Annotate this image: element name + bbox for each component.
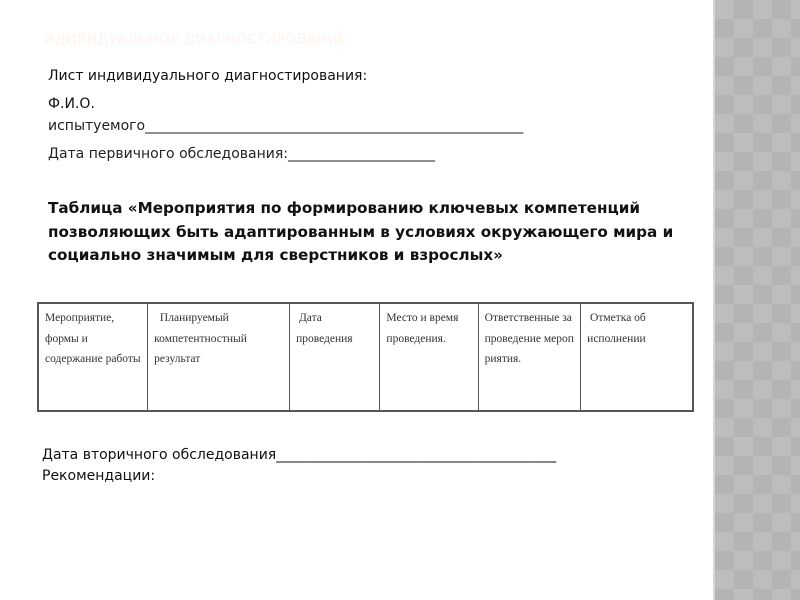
fio-field: испытуемого_____________________________… — [48, 118, 523, 134]
slide-content: ИДИВИДУАЛЬНОЕ ДИАГНОСТИРОВАНИЕ: Лист инд… — [0, 0, 713, 600]
table-title: Таблица «Мероприятия по формированию клю… — [48, 197, 678, 268]
table-header-cell: Планируемый компетентностный результат — [148, 303, 290, 411]
table-header-cell: Дата проведения — [290, 303, 380, 411]
table-header-cell: Место и время проведения. — [380, 303, 478, 411]
recommendations-label: Рекомендации: — [42, 468, 155, 484]
slide-heading: ИДИВИДУАЛЬНОЕ ДИАГНОСТИРОВАНИЕ: — [44, 32, 352, 48]
first-exam-date-field: Дата первичного обследования:___________… — [48, 146, 435, 162]
fio-label: Ф.И.О. — [48, 96, 95, 112]
activities-table: Мероприятие, формы и содержание работы П… — [37, 302, 694, 412]
second-exam-date-field: Дата вторичного обследования____________… — [42, 447, 556, 463]
sheet-title: Лист индивидуального диагностирования: — [48, 68, 367, 84]
table-header-cell: Отметка об исполнении — [581, 303, 693, 411]
table-header-cell: Ответственные за проведение мероприятия. — [478, 303, 581, 411]
table-header-cell: Мероприятие, формы и содержание работы — [38, 303, 148, 411]
decorative-side-panel — [713, 0, 800, 600]
table-header-row: Мероприятие, формы и содержание работы П… — [38, 303, 693, 411]
